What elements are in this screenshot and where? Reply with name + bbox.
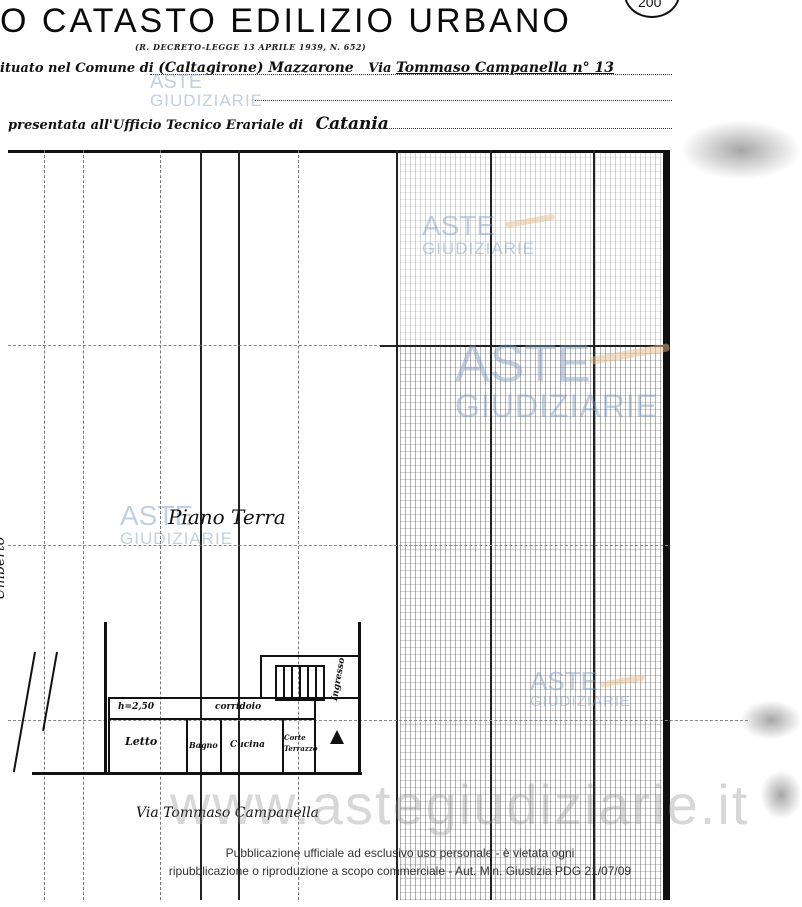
watermark-brand: ASTE xyxy=(455,338,658,390)
room-label-corridoio: corridoio xyxy=(215,702,261,712)
site-watermark: www.astegiudiziarie.it xyxy=(170,772,749,837)
room-label-corte: Corte Terrazzo xyxy=(284,732,314,754)
entry-arrow-icon xyxy=(330,730,344,744)
room-label-bagno: Bagno xyxy=(189,740,218,750)
document-title: O CATASTO EDILIZIO URBANO xyxy=(0,2,572,41)
grid-line xyxy=(83,150,84,900)
stamp-number: 200 xyxy=(638,0,661,10)
office-prefix: presentata all'Ufficio Tecnico Erariale … xyxy=(8,118,303,133)
location-prefix: ituato nel Comune di xyxy=(0,61,154,76)
office-line: presentata all'Ufficio Tecnico Erariale … xyxy=(8,114,389,134)
room-label-height: h=2,50 xyxy=(118,702,154,712)
watermark-mid1: ASTE GIUDIZIARIE xyxy=(422,212,535,257)
watermark-sub: GIUDIZIARIE xyxy=(455,390,658,422)
room-label-letto: Letto xyxy=(125,735,157,748)
decree-reference: (R. DECRETO-LEGGE 13 APRILE 1939, N. 652… xyxy=(135,42,366,52)
side-street-label: Umberto xyxy=(0,537,8,600)
office-value: Catania xyxy=(316,114,389,134)
scan-noise xyxy=(740,700,802,740)
office-dotline xyxy=(328,128,672,129)
watermark-sub: GIUDIZIARIE xyxy=(530,694,631,709)
watermark-sub: GIUDIZIARIE xyxy=(422,240,535,257)
wall xyxy=(104,622,107,774)
notice-line-1: Pubblicazione ufficiale ad esclusivo uso… xyxy=(150,846,650,860)
watermark-low: ASTE GIUDIZIARIE xyxy=(530,668,631,709)
room-label-cucina: Cucina xyxy=(230,740,265,750)
stair-icon xyxy=(275,665,325,701)
grid-line xyxy=(44,150,45,900)
grid-line xyxy=(8,545,668,546)
scan-noise xyxy=(680,120,802,180)
watermark-sub: GIUDIZIARIE xyxy=(120,530,233,547)
scan-noise xyxy=(760,770,802,820)
floor-label: Piano Terra xyxy=(168,505,286,529)
watermark-brand: ASTE xyxy=(150,72,263,92)
blank-dotline xyxy=(255,100,672,101)
watermark-sub: GIUDIZIARIE xyxy=(150,92,263,109)
stamp-circle: 200 xyxy=(624,0,680,18)
watermark-top: ASTE GIUDIZIARIE xyxy=(150,72,263,109)
notice-line-2: ripubblicazione o riproduzione a scopo c… xyxy=(150,864,650,878)
